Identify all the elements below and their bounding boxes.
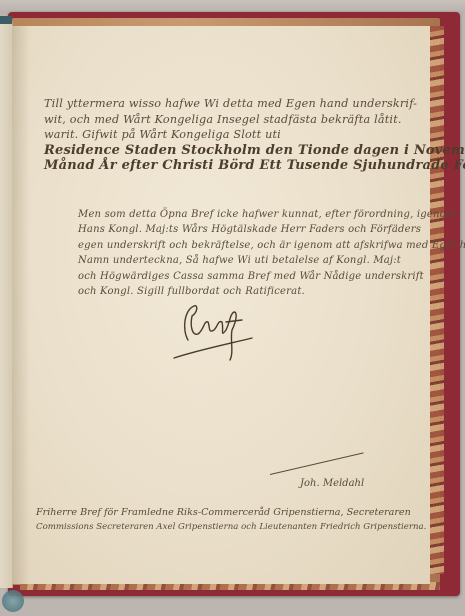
ribbon-marker: [0, 16, 12, 24]
page-gutter-shadow: [12, 26, 30, 584]
paragraph-ratification: Men som detta Öpna Bref icke hafwer kunn…: [78, 207, 465, 299]
ribbon-tassel: [2, 590, 24, 612]
endorsement-note: Friherre Bref för Framledne Riks-Commerc…: [36, 506, 426, 534]
text-line: Friherre Bref för Framledne Riks-Commerc…: [36, 506, 426, 520]
text-line: Hans Kongl. Maj:ts Wårs Högtälskade Herr…: [78, 222, 465, 237]
text-line: Men som detta Öpna Bref icke hafwer kunn…: [78, 207, 465, 222]
text-line: Residence Staden Stockholm den Tionde da…: [44, 143, 465, 159]
paragraph-attestation: Till yttermera wisso hafwe Wi detta med …: [44, 96, 465, 174]
text-line: Till yttermera wisso hafwe Wi detta med …: [44, 96, 465, 112]
countersignature: Joh. Meldahl: [300, 478, 364, 489]
text-line: och Kongl. Sigill fullbordat och Ratific…: [78, 284, 465, 299]
text-line: och Högwärdiges Cassa samma Bref med Wår…: [78, 269, 465, 284]
text-line: Namn underteckna, Så hafwe Wi uti betale…: [78, 253, 465, 268]
text-line: egen underskrift och bekräftelse, och är…: [78, 238, 465, 253]
text-line: Commissions Secreteraren Axel Gripenstie…: [36, 520, 426, 534]
text-line: warit. Gifwit på Wårt Kongeliga Slott ut…: [44, 127, 465, 143]
royal-signature-gustaf: Gustaf: [168, 300, 258, 364]
text-line: Månad År efter Christi Börd Ett Tusende …: [44, 158, 465, 174]
text-line: wit, och med Wårt Kongeliga Insegel stad…: [44, 112, 465, 128]
